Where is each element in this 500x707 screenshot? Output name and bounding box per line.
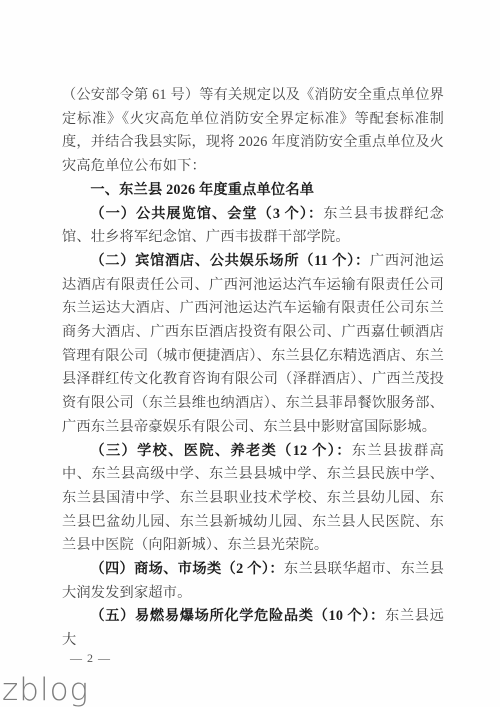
paragraph-text: （公安部令第 61 号）等有关规定以及《消防安全重点单位界定标准》《火灾高危单位… xyxy=(62,87,444,174)
watermark-zblog: zblog xyxy=(2,672,89,707)
document-page: （公安部令第 61 号）等有关规定以及《消防安全重点单位界定标准》《火灾高危单位… xyxy=(0,0,500,707)
category-2-label: （二）宾馆酒店、公共娱乐场所（11 个）： xyxy=(90,253,370,269)
paragraph-category-1: （一）公共展览馆、会堂（3 个）：东兰县韦拔群纪念馆、壮乡将军纪念馆、广西韦拔群… xyxy=(62,203,444,250)
category-4-label: （四）商场、市场类（2 个）： xyxy=(90,561,284,577)
section-heading-text: 一、东兰县 2026 年度重点单位名单 xyxy=(90,182,314,198)
category-3-label: （三）学校、医院、养老类（12 个）： xyxy=(90,443,351,459)
paragraph-intro: （公安部令第 61 号）等有关规定以及《消防安全重点单位界定标准》《火灾高危单位… xyxy=(62,84,444,179)
paragraph-category-4: （四）商场、市场类（2 个）：东兰县联华超市、东兰县大润发发到家超市。 xyxy=(62,558,444,605)
category-5-label: （五）易燃易爆场所化学危险品类（10 个）： xyxy=(90,608,385,624)
category-2-list: 广西河池运达酒店有限责任公司、广西河池运达汽车运输有限责任公司东兰运达大酒店、广… xyxy=(62,253,444,435)
paragraph-category-2: （二）宾馆酒店、公共娱乐场所（11 个）：广西河池运达酒店有限责任公司、广西河池… xyxy=(62,250,444,440)
category-1-label: （一）公共展览馆、会堂（3 个）： xyxy=(90,206,323,222)
document-body: （公安部令第 61 号）等有关规定以及《消防安全重点单位界定标准》《火灾高危单位… xyxy=(62,84,444,653)
page-number: — 2 — xyxy=(70,651,111,666)
paragraph-category-5: （五）易燃易爆场所化学危险品类（10 个）：东兰县远大 xyxy=(62,605,444,652)
category-3-list: 东兰县拔群高中、东兰县高级中学、东兰县县城中学、东兰县民族中学、东兰县国清中学、… xyxy=(62,443,444,554)
paragraph-category-3: （三）学校、医院、养老类（12 个）：东兰县拔群高中、东兰县高级中学、东兰县县城… xyxy=(62,440,444,559)
section-heading: 一、东兰县 2026 年度重点单位名单 xyxy=(62,179,444,203)
